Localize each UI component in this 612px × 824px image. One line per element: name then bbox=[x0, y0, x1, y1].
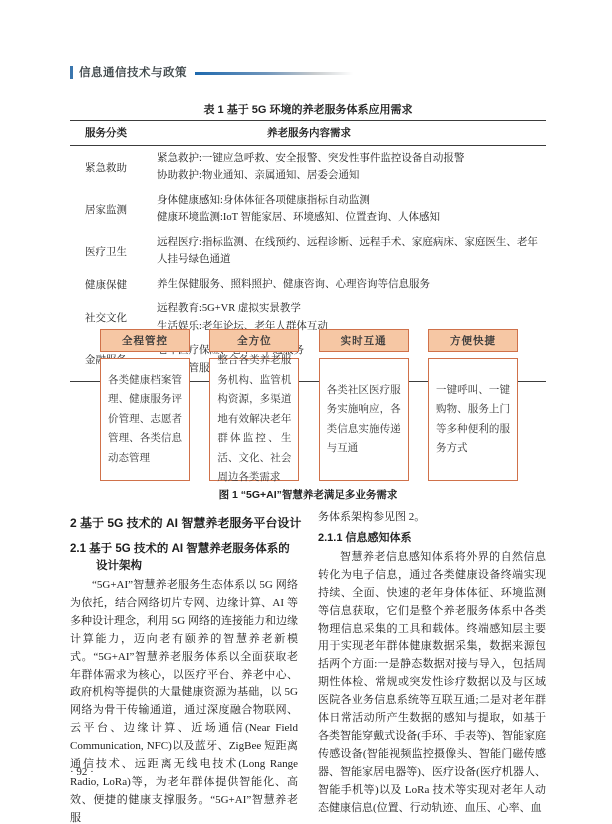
journal-header: 信息通信技术与政策 bbox=[70, 64, 353, 80]
figure-1: 全程管控 各类健康档案管理、健康服务评价管理、志愿者管理、各类信息动态管理 全方… bbox=[100, 329, 518, 481]
table-row: 医疗卫生 远程医疗:指标监测、在线预约、远程诊断、远程手术、家庭病床、家庭医生、… bbox=[70, 230, 546, 272]
row-content: 紧急救护:一键应急呼救、安全报警、突发性事件监控设备自动报警 协助救护:物业通知… bbox=[142, 150, 546, 185]
page-number: · 92 · bbox=[70, 766, 94, 778]
content-line: 协助救护:物业通知、亲属通知、居委会通知 bbox=[157, 167, 546, 185]
content-line: 养生保健服务、照料照护、健康咨询、心理咨询等信息服务 bbox=[157, 276, 546, 294]
row-category: 健康保健 bbox=[70, 277, 142, 292]
row-category: 医疗卫生 bbox=[70, 244, 142, 259]
row-content: 身体健康感知:身体体征各项健康指标自动监测 健康环境监测:IoT 智能家居、环境… bbox=[142, 192, 546, 227]
content-line: 身体健康感知:身体体征各项健康指标自动监测 bbox=[157, 192, 546, 210]
content-line: 健康环境监测:IoT 智能家居、环境感知、位置查询、人体感知 bbox=[157, 209, 546, 227]
row-category: 居家监测 bbox=[70, 202, 142, 217]
figure-column: 实时互通 各类社区医疗服务实施响应，各类信息实施传递与互通 bbox=[319, 329, 409, 481]
figure-box-header: 实时互通 bbox=[319, 329, 409, 352]
right-lead-line: 务体系架构参见图 2。 bbox=[318, 509, 546, 527]
table-header-row: 服务分类 养老服务内容需求 bbox=[70, 121, 546, 146]
row-content: 养生保健服务、照料照护、健康咨询、心理咨询等信息服务 bbox=[142, 276, 546, 294]
content-line: 紧急救护:一键应急呼救、安全报警、突发性事件监控设备自动报警 bbox=[157, 150, 546, 168]
section-2-1-heading: 2.1 基于 5G 技术的 AI 智慧养老服务体系的设计架构 bbox=[70, 541, 298, 574]
header-gradient-rule bbox=[195, 72, 353, 75]
table-title: 表 1 基于 5G 环境的养老服务体系应用需求 bbox=[70, 101, 546, 117]
table-row: 居家监测 身体健康感知:身体体征各项健康指标自动监测 健康环境监测:IoT 智能… bbox=[70, 188, 546, 230]
section-2-heading: 2 基于 5G 技术的 AI 智慧养老服务平台设计 bbox=[70, 515, 298, 531]
figure-box-body: 一键呼叫、一键购物、服务上门等多种便利的服务方式 bbox=[428, 358, 518, 481]
header-accent-bar-icon bbox=[70, 66, 73, 79]
figure-box-header: 全程管控 bbox=[100, 329, 190, 352]
figure-box-header: 方便快捷 bbox=[428, 329, 518, 352]
right-paragraph: 智慧养老信息感知体系将外界的自然信息转化为电子信息，通过各类健康设备终端实现持续… bbox=[318, 549, 546, 818]
row-category: 社交文化 bbox=[70, 310, 142, 325]
figure-column: 方便快捷 一键呼叫、一键购物、服务上门等多种便利的服务方式 bbox=[428, 329, 518, 481]
section-2-1-1-heading: 2.1.1 信息感知体系 bbox=[318, 530, 546, 546]
content-line: 远程医疗:指标监测、在线预约、远程诊断、远程手术、家庭病床、家庭医生、老年人挂号… bbox=[157, 234, 546, 269]
journal-title: 信息通信技术与政策 bbox=[79, 64, 187, 80]
figure-column: 全程管控 各类健康档案管理、健康服务评价管理、志愿者管理、各类信息动态管理 bbox=[100, 329, 190, 481]
table-row: 健康保健 养生保健服务、照料照护、健康咨询、心理咨询等信息服务 bbox=[70, 272, 546, 297]
column-header-content: 养老服务内容需求 bbox=[142, 125, 546, 140]
column-header-category: 服务分类 bbox=[70, 125, 142, 140]
row-content: 远程医疗:指标监测、在线预约、远程诊断、远程手术、家庭病床、家庭医生、老年人挂号… bbox=[142, 234, 546, 269]
left-paragraph: “5G+AI”智慧养老服务生态体系以 5G 网络为依托，结合网络切片专网、边缘计… bbox=[70, 577, 298, 824]
figure-column: 全方位 整合各类养老服务机构、监管机构资源，多渠道地有效解决老年群体监控、生活、… bbox=[209, 329, 299, 481]
figure-box-header: 全方位 bbox=[209, 329, 299, 352]
content-line: 远程教育:5G+VR 虚拟实景教学 bbox=[157, 300, 546, 318]
row-category: 紧急救助 bbox=[70, 160, 142, 175]
right-column: 务体系架构参见图 2。 2.1.1 信息感知体系 智慧养老信息感知体系将外界的自… bbox=[318, 509, 546, 824]
figure-box-body: 各类健康档案管理、健康服务评价管理、志愿者管理、各类信息动态管理 bbox=[100, 358, 190, 481]
figure-box-body: 各类社区医疗服务实施响应，各类信息实施传递与互通 bbox=[319, 358, 409, 481]
article-body: 2 基于 5G 技术的 AI 智慧养老服务平台设计 2.1 基于 5G 技术的 … bbox=[70, 509, 546, 824]
left-column: 2 基于 5G 技术的 AI 智慧养老服务平台设计 2.1 基于 5G 技术的 … bbox=[70, 509, 298, 824]
figure-caption: 图 1 “5G+AI”智慧养老满足多业务需求 bbox=[70, 487, 546, 502]
table-row: 紧急救助 紧急救护:一键应急呼救、安全报警、突发性事件监控设备自动报警 协助救护… bbox=[70, 146, 546, 188]
figure-box-body: 整合各类养老服务机构、监管机构资源，多渠道地有效解决老年群体监控、生活、文化、社… bbox=[209, 358, 299, 481]
